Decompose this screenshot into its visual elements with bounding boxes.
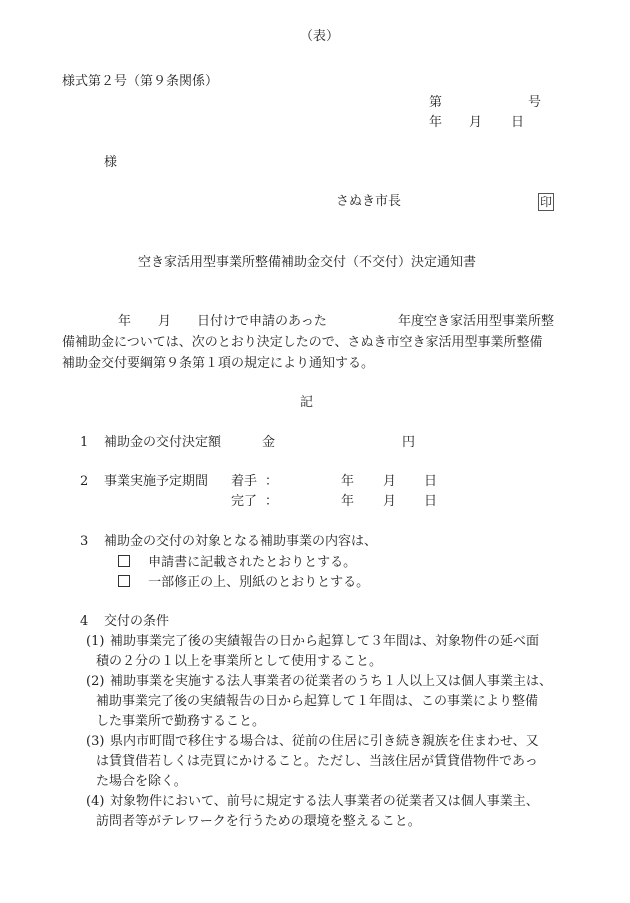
item2-end-month: 月 bbox=[383, 495, 396, 508]
body-line-3: 補助金交付要綱第９条第１項の規定により通知する。 bbox=[62, 357, 374, 370]
item1-label: 補助金の交付決定額 bbox=[104, 436, 221, 449]
condition-2-line-1: 補助事業を実施する法人事業者の従業者のうち１人以上又は個人事業主は、 bbox=[110, 675, 552, 688]
item1-kin: 金 bbox=[262, 436, 275, 449]
item4-label: 交付の条件 bbox=[104, 615, 169, 628]
item3-option-2[interactable]: 一部修正の上、別紙のとおりとする。 bbox=[118, 575, 369, 589]
body-year: 年 bbox=[118, 315, 131, 328]
item2-start-colon: ： bbox=[265, 475, 278, 488]
item3-option-1[interactable]: 申請書に記載されたとおりとする。 bbox=[118, 555, 356, 569]
item4-number: 4 bbox=[80, 615, 88, 628]
condition-2-line-2: 補助事業完了後の実績報告の日から起算して１年間は、この事業により整備 bbox=[96, 695, 538, 708]
date-year: 年 bbox=[429, 116, 442, 129]
item2-end-year: 年 bbox=[341, 495, 354, 508]
item2-start-year: 年 bbox=[341, 475, 354, 488]
item2-end-label: 完了 bbox=[231, 495, 257, 508]
item3-number: 3 bbox=[80, 535, 88, 548]
body-fiscal-text: 年度空き家活用型事業所整 bbox=[398, 315, 554, 328]
item2-label: 事業実施予定期間 bbox=[104, 475, 208, 488]
condition-3-number: (3) bbox=[86, 735, 104, 748]
ki-heading: 記 bbox=[300, 396, 313, 409]
body-month: 月 bbox=[158, 315, 171, 328]
condition-3-line-3: た場合を除く。 bbox=[96, 775, 187, 788]
side-label: （表） bbox=[300, 30, 339, 43]
item2-number: 2 bbox=[80, 475, 88, 488]
condition-1-line-2: 積の２分の１以上を事業所として使用すること。 bbox=[96, 655, 382, 668]
checkbox-icon[interactable] bbox=[118, 555, 130, 567]
issuer-name: さぬき市長 bbox=[336, 195, 401, 208]
item2-start-label: 着手 bbox=[231, 475, 257, 488]
condition-1-line-1: 補助事業完了後の実績報告の日から起算して３年間は、対象物件の延べ面 bbox=[110, 635, 539, 648]
item3-option-2-text: 一部修正の上、別紙のとおりとする。 bbox=[148, 575, 369, 590]
condition-4-line-2: 訪問者等がテレワークを行うための環境を整えること。 bbox=[96, 815, 421, 828]
date-month: 月 bbox=[469, 116, 482, 129]
doc-number-prefix: 第 bbox=[429, 96, 442, 109]
item3-label: 補助金の交付の対象となる補助事業の内容は、 bbox=[104, 535, 377, 548]
condition-3-line-2: は賃貸借若しくは売買にかけること。ただし、当該住居が賃貸借物件であっ bbox=[96, 755, 538, 768]
doc-number-suffix: 号 bbox=[528, 96, 541, 109]
item3-option-1-text: 申請書に記載されたとおりとする。 bbox=[148, 555, 356, 570]
item2-start-month: 月 bbox=[383, 475, 396, 488]
condition-4-number: (4) bbox=[86, 795, 104, 808]
condition-3-line-1: 県内市町間で移住する場合は、従前の住居に引き続き親族を住まわせ、又 bbox=[110, 735, 539, 748]
item1-number: 1 bbox=[80, 436, 88, 449]
item1-yen: 円 bbox=[402, 436, 415, 449]
item2-start-day: 日 bbox=[424, 475, 437, 488]
form-number: 様式第２号（第９条関係） bbox=[62, 75, 218, 88]
recipient-honorific: 様 bbox=[104, 156, 117, 169]
checkbox-icon[interactable] bbox=[118, 575, 130, 587]
document-title: 空き家活用型事業所整備補助金交付（不交付）決定通知書 bbox=[138, 256, 476, 269]
condition-1-number: (1) bbox=[86, 635, 104, 648]
condition-2-line-3: した事業所で勤務すること。 bbox=[96, 715, 265, 728]
date-day: 日 bbox=[511, 116, 524, 129]
body-day-text: 日付けで申請のあった bbox=[197, 315, 327, 328]
condition-2-number: (2) bbox=[86, 675, 104, 688]
item2-end-colon: ： bbox=[265, 495, 278, 508]
seal-mark: 印 bbox=[538, 193, 554, 211]
item2-end-day: 日 bbox=[424, 495, 437, 508]
body-line-2: 備補助金については、次のとおり決定したので、さぬき市空き家活用型事業所整備 bbox=[62, 336, 542, 349]
seal-icon: 印 bbox=[538, 193, 554, 211]
condition-4-line-1: 対象物件において、前号に規定する法人事業者の従業者又は個人事業主、 bbox=[110, 795, 539, 808]
